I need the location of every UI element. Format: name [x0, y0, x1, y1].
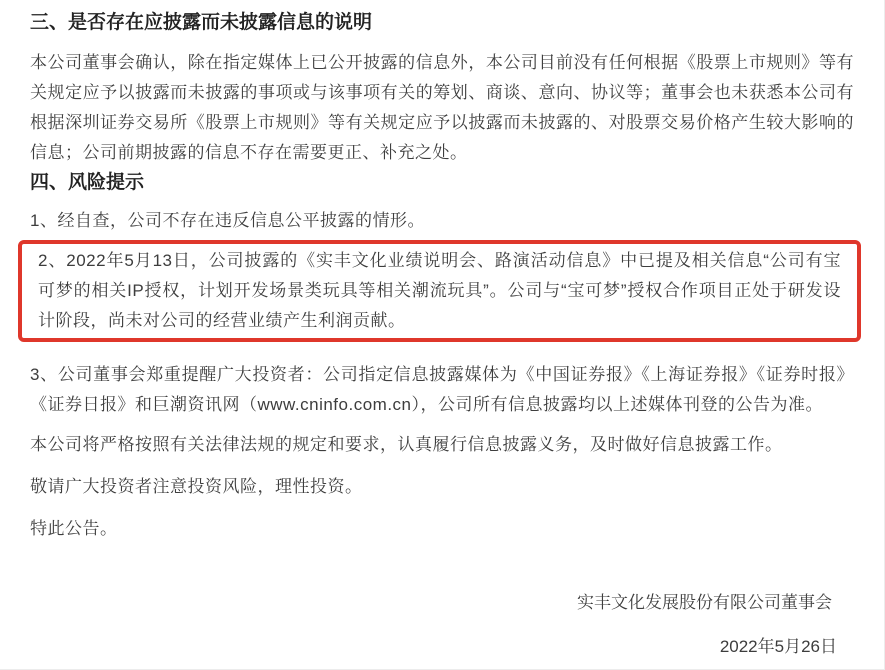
closing-statement: 特此公告。 [30, 514, 854, 544]
investor-notice: 敬请广大投资者注意投资风险，理性投资。 [30, 472, 854, 502]
board-signature: 实丰文化发展股份有限公司董事会 [30, 588, 854, 618]
section-three-heading: 三、是否存在应披露而未披露信息的说明 [30, 8, 854, 38]
section-four-heading: 四、风险提示 [30, 168, 854, 198]
announcement-date: 2022年5月26日 [30, 632, 854, 662]
disclosure-commitment: 本公司将严格按照有关法律法规的规定和要求，认真履行信息披露义务，及时做好信息披露… [30, 430, 854, 460]
risk-item-1: 1、经自查，公司不存在违反信息公平披露的情形。 [30, 206, 854, 236]
risk-item-2-highlighted: 2、2022年5月13日，公司披露的《实丰文化业绩说明会、路演活动信息》中已提及… [38, 246, 841, 336]
red-highlight-box: 2、2022年5月13日，公司披露的《实丰文化业绩说明会、路演活动信息》中已提及… [18, 240, 861, 342]
section-three-body: 本公司董事会确认，除在指定媒体上已公开披露的信息外，本公司目前没有任何根据《股票… [30, 48, 854, 168]
risk-item-3: 3、公司董事会郑重提醒广大投资者：公司指定信息披露媒体为《中国证券报》《上海证券… [30, 360, 854, 420]
announcement-page: 三、是否存在应披露而未披露信息的说明 本公司董事会确认，除在指定媒体上已公开披露… [0, 0, 885, 670]
